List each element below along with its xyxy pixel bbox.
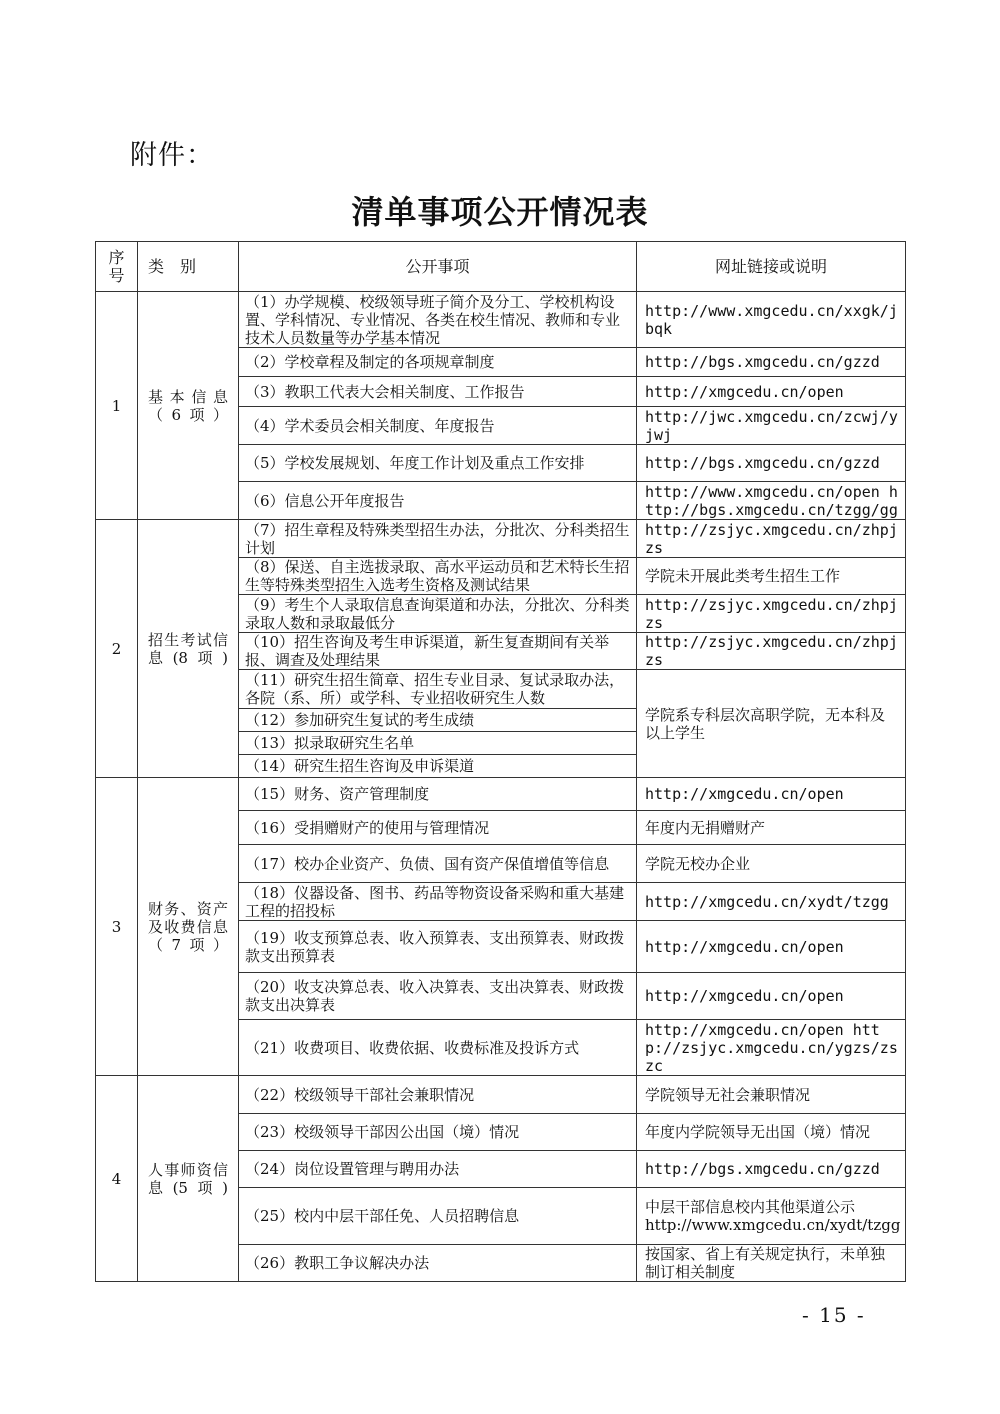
item-text: （11）研究生招生简章、招生专业目录、复试录取办法，各院（系、所）或学科、专业招… — [239, 670, 637, 709]
item-text: （17）校办企业资产、负债、国有资产保值增值等信息 — [239, 845, 637, 883]
table-header-row: 序号 类 别 公开事项 网址链接或说明 — [96, 242, 906, 292]
group-number: 2 — [96, 520, 138, 778]
item-text: （19）收支预算总表、收入预算表、支出预算表、财政拨款支出预算表 — [239, 921, 637, 973]
item-text: （13）拟录取研究生名单 — [239, 732, 637, 755]
item-link[interactable]: http://bgs.xmgcedu.cn/gzzd — [637, 348, 906, 377]
item-link[interactable]: http://xmgcedu.cn/open http://zsjyc.xmgc… — [637, 1020, 906, 1076]
item-link[interactable]: http://www.xmgcedu.cn/open http://bgs.xm… — [637, 482, 906, 520]
item-link[interactable]: http://xmgcedu.cn/open — [637, 921, 906, 973]
item-link[interactable]: http://zsjyc.xmgcedu.cn/zhpjzs — [637, 633, 906, 670]
item-link[interactable]: http://zsjyc.xmgcedu.cn/zhpjzs — [637, 520, 906, 558]
item-text: （6）信息公开年度报告 — [239, 482, 637, 520]
item-link[interactable]: http://xmgcedu.cn/open — [637, 377, 906, 407]
item-text: （14）研究生招生咨询及申诉渠道 — [239, 755, 637, 778]
item-note: 年度内无捐赠财产 — [637, 811, 906, 845]
group-number: 3 — [96, 778, 138, 1076]
item-text: （16）受捐赠财产的使用与管理情况 — [239, 811, 637, 845]
column-header-category: 类 别 — [138, 242, 239, 292]
item-note: 学院无校办企业 — [637, 845, 906, 883]
item-note: 学院系专科层次高职学院，无本科及以上学生 — [637, 670, 906, 778]
item-text: （9）考生个人录取信息查询渠道和办法，分批次、分科类录取人数和录取最低分 — [239, 595, 637, 633]
item-link[interactable]: http://xmgcedu.cn/open — [637, 973, 906, 1020]
group-category: 财务、资产及收费信息（7项） — [138, 778, 239, 1076]
item-text: （22）校级领导干部社会兼职情况 — [239, 1076, 637, 1114]
group-category: 人事师资信息(5项) — [138, 1076, 239, 1282]
item-text: （1）办学规模、校级领导班子简介及分工、学校机构设置、学科情况、专业情况、各类在… — [239, 292, 637, 348]
item-link[interactable]: http://xmgcedu.cn/open — [637, 778, 906, 811]
table-row: 4 人事师资信息(5项) （22）校级领导干部社会兼职情况 学院领导无社会兼职情… — [96, 1076, 906, 1114]
item-text: （18）仪器设备、图书、药品等物资设备采购和重大基建工程的招投标 — [239, 883, 637, 921]
item-text: （20）收支决算总表、收入决算表、支出决算表、财政拨款支出决算表 — [239, 973, 637, 1020]
attachment-label: 附件： — [130, 133, 214, 172]
item-link[interactable]: http://www.xmgcedu.cn/xxgk/jbqk — [637, 292, 906, 348]
item-text: （5）学校发展规划、年度工作计划及重点工作安排 — [239, 445, 637, 482]
document-title: 清单事项公开情况表 — [0, 187, 1000, 233]
item-text: （3）教职工代表大会相关制度、工作报告 — [239, 377, 637, 407]
table-row: 3 财务、资产及收费信息（7项） （15）财务、资产管理制度 http://xm… — [96, 778, 906, 811]
table-row: 1 基本信息（6项） （1）办学规模、校级领导班子简介及分工、学校机构设置、学科… — [96, 292, 906, 348]
item-text: （25）校内中层干部任免、人员招聘信息 — [239, 1188, 637, 1245]
item-text: （10）招生咨询及考生申诉渠道，新生复查期间有关举报、调查及处理结果 — [239, 633, 637, 670]
disclosure-table: 序号 类 别 公开事项 网址链接或说明 1 基本信息（6项） （1）办学规模、校… — [95, 241, 906, 1282]
table-row: 2 招生考试信息(8项) （7）招生章程及特殊类型招生办法，分批次、分科类招生计… — [96, 520, 906, 558]
group-number: 4 — [96, 1076, 138, 1282]
item-link[interactable]: http://zsjyc.xmgcedu.cn/zhpjzs — [637, 595, 906, 633]
item-note[interactable]: 中层干部信息校内其他渠道公示 http://www.xmgcedu.cn/xyd… — [637, 1188, 906, 1245]
item-link[interactable]: http://xmgcedu.cn/xydt/tzgg — [637, 883, 906, 921]
item-link[interactable]: http://bgs.xmgcedu.cn/gzzd — [637, 445, 906, 482]
item-link[interactable]: http://bgs.xmgcedu.cn/gzzd — [637, 1151, 906, 1188]
item-text: （24）岗位设置管理与聘用办法 — [239, 1151, 637, 1188]
item-text: （4）学术委员会相关制度、年度报告 — [239, 407, 637, 445]
item-text: （15）财务、资产管理制度 — [239, 778, 637, 811]
column-header-item: 公开事项 — [239, 242, 637, 292]
item-text: （2）学校章程及制定的各项规章制度 — [239, 348, 637, 377]
item-text: （12）参加研究生复试的考生成绩 — [239, 709, 637, 732]
item-note: 年度内学院领导无出国（境）情况 — [637, 1114, 906, 1151]
item-note: 学院未开展此类考生招生工作 — [637, 558, 906, 595]
group-category: 基本信息（6项） — [138, 292, 239, 520]
column-header-link: 网址链接或说明 — [637, 242, 906, 292]
item-text: （26）教职工争议解决办法 — [239, 1245, 637, 1282]
item-note: 学院领导无社会兼职情况 — [637, 1076, 906, 1114]
item-text: （21）收费项目、收费依据、收费标准及投诉方式 — [239, 1020, 637, 1076]
page-number: - 15 - — [802, 1303, 866, 1327]
column-header-no: 序号 — [96, 242, 138, 292]
item-link[interactable]: http://jwc.xmgcedu.cn/zcwj/yjwj — [637, 407, 906, 445]
item-note: 按国家、省上有关规定执行，未单独制订相关制度 — [637, 1245, 906, 1282]
item-text: （7）招生章程及特殊类型招生办法，分批次、分科类招生计划 — [239, 520, 637, 558]
item-text: （8）保送、自主选拔录取、高水平运动员和艺术特长生招生等特殊类型招生入选考生资格… — [239, 558, 637, 595]
group-category: 招生考试信息(8项) — [138, 520, 239, 778]
group-number: 1 — [96, 292, 138, 520]
item-text: （23）校级领导干部因公出国（境）情况 — [239, 1114, 637, 1151]
